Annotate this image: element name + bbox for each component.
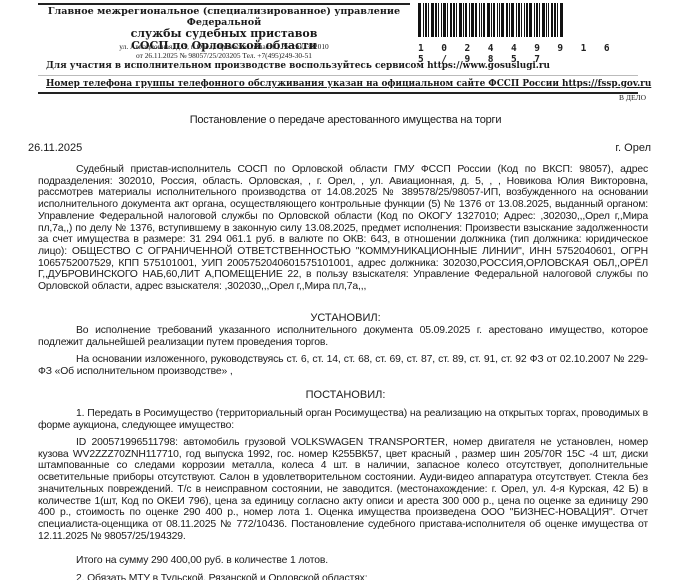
document-reference: от 26.11.2025 № 98057/25/203205 Тел. +7(… [38, 51, 410, 60]
property-paragraph: ID 200571996511798: автомобиль грузовой … [38, 437, 648, 542]
item-2-text: 2. Обязать МТУ в Тульской, Рязанской и О… [38, 573, 648, 580]
intro-text: Судебный пристав-исполнитель СОСП по Орл… [38, 164, 648, 293]
item-2-paragraph: 2. Обязать МТУ в Тульской, Рязанской и О… [38, 573, 648, 580]
basis-paragraph: На основании изложенного, руководствуясь… [38, 354, 648, 377]
basis-text: На основании изложенного, руководствуясь… [38, 354, 648, 377]
document-date: 26.11.2025 [28, 142, 82, 154]
ustanovil-paragraph: Во исполнение требований указанного испо… [38, 325, 648, 348]
item-1-paragraph: 1. Передать в Росимущество (территориаль… [38, 408, 648, 431]
document-title: Постановление о передаче арестованного и… [0, 114, 691, 126]
header-rule-bottom [38, 92, 638, 94]
phone-notice: Номер телефона группы телефонного обслуж… [46, 79, 646, 89]
property-description: ID 200571996511798: автомобиль грузовой … [38, 437, 648, 542]
postanovil-heading: ПОСТАНОВИЛ: [0, 389, 691, 401]
document-city: г. Орел [615, 142, 651, 154]
barcode [418, 3, 634, 37]
header-rule-top [38, 3, 410, 5]
ustanovil-heading: УСТАНОВИЛ: [0, 312, 691, 324]
gosuslugi-notice: Для участия в исполнительном производств… [46, 61, 646, 71]
total-paragraph: Итого на сумму 290 400,00 руб. в количес… [38, 555, 648, 567]
intro-paragraph: Судебный пристав-исполнитель СОСП по Орл… [38, 164, 648, 293]
org-address: ул. Авиационная, д. 5, г. Орел, Орловска… [38, 42, 410, 51]
total-text: Итого на сумму 290 400,00 руб. в количес… [38, 555, 648, 567]
item-1-text: 1. Передать в Росимущество (территориаль… [38, 408, 648, 431]
header-rule-middle [38, 75, 638, 76]
stamp-v-delo: В ДЕЛО [619, 93, 646, 102]
org-address-block: ул. Авиационная, д. 5, г. Орел, Орловска… [38, 42, 410, 60]
org-line-1: Главное межрегиональное (специализирован… [38, 6, 410, 28]
ustanovil-text: Во исполнение требований указанного испо… [38, 325, 648, 348]
